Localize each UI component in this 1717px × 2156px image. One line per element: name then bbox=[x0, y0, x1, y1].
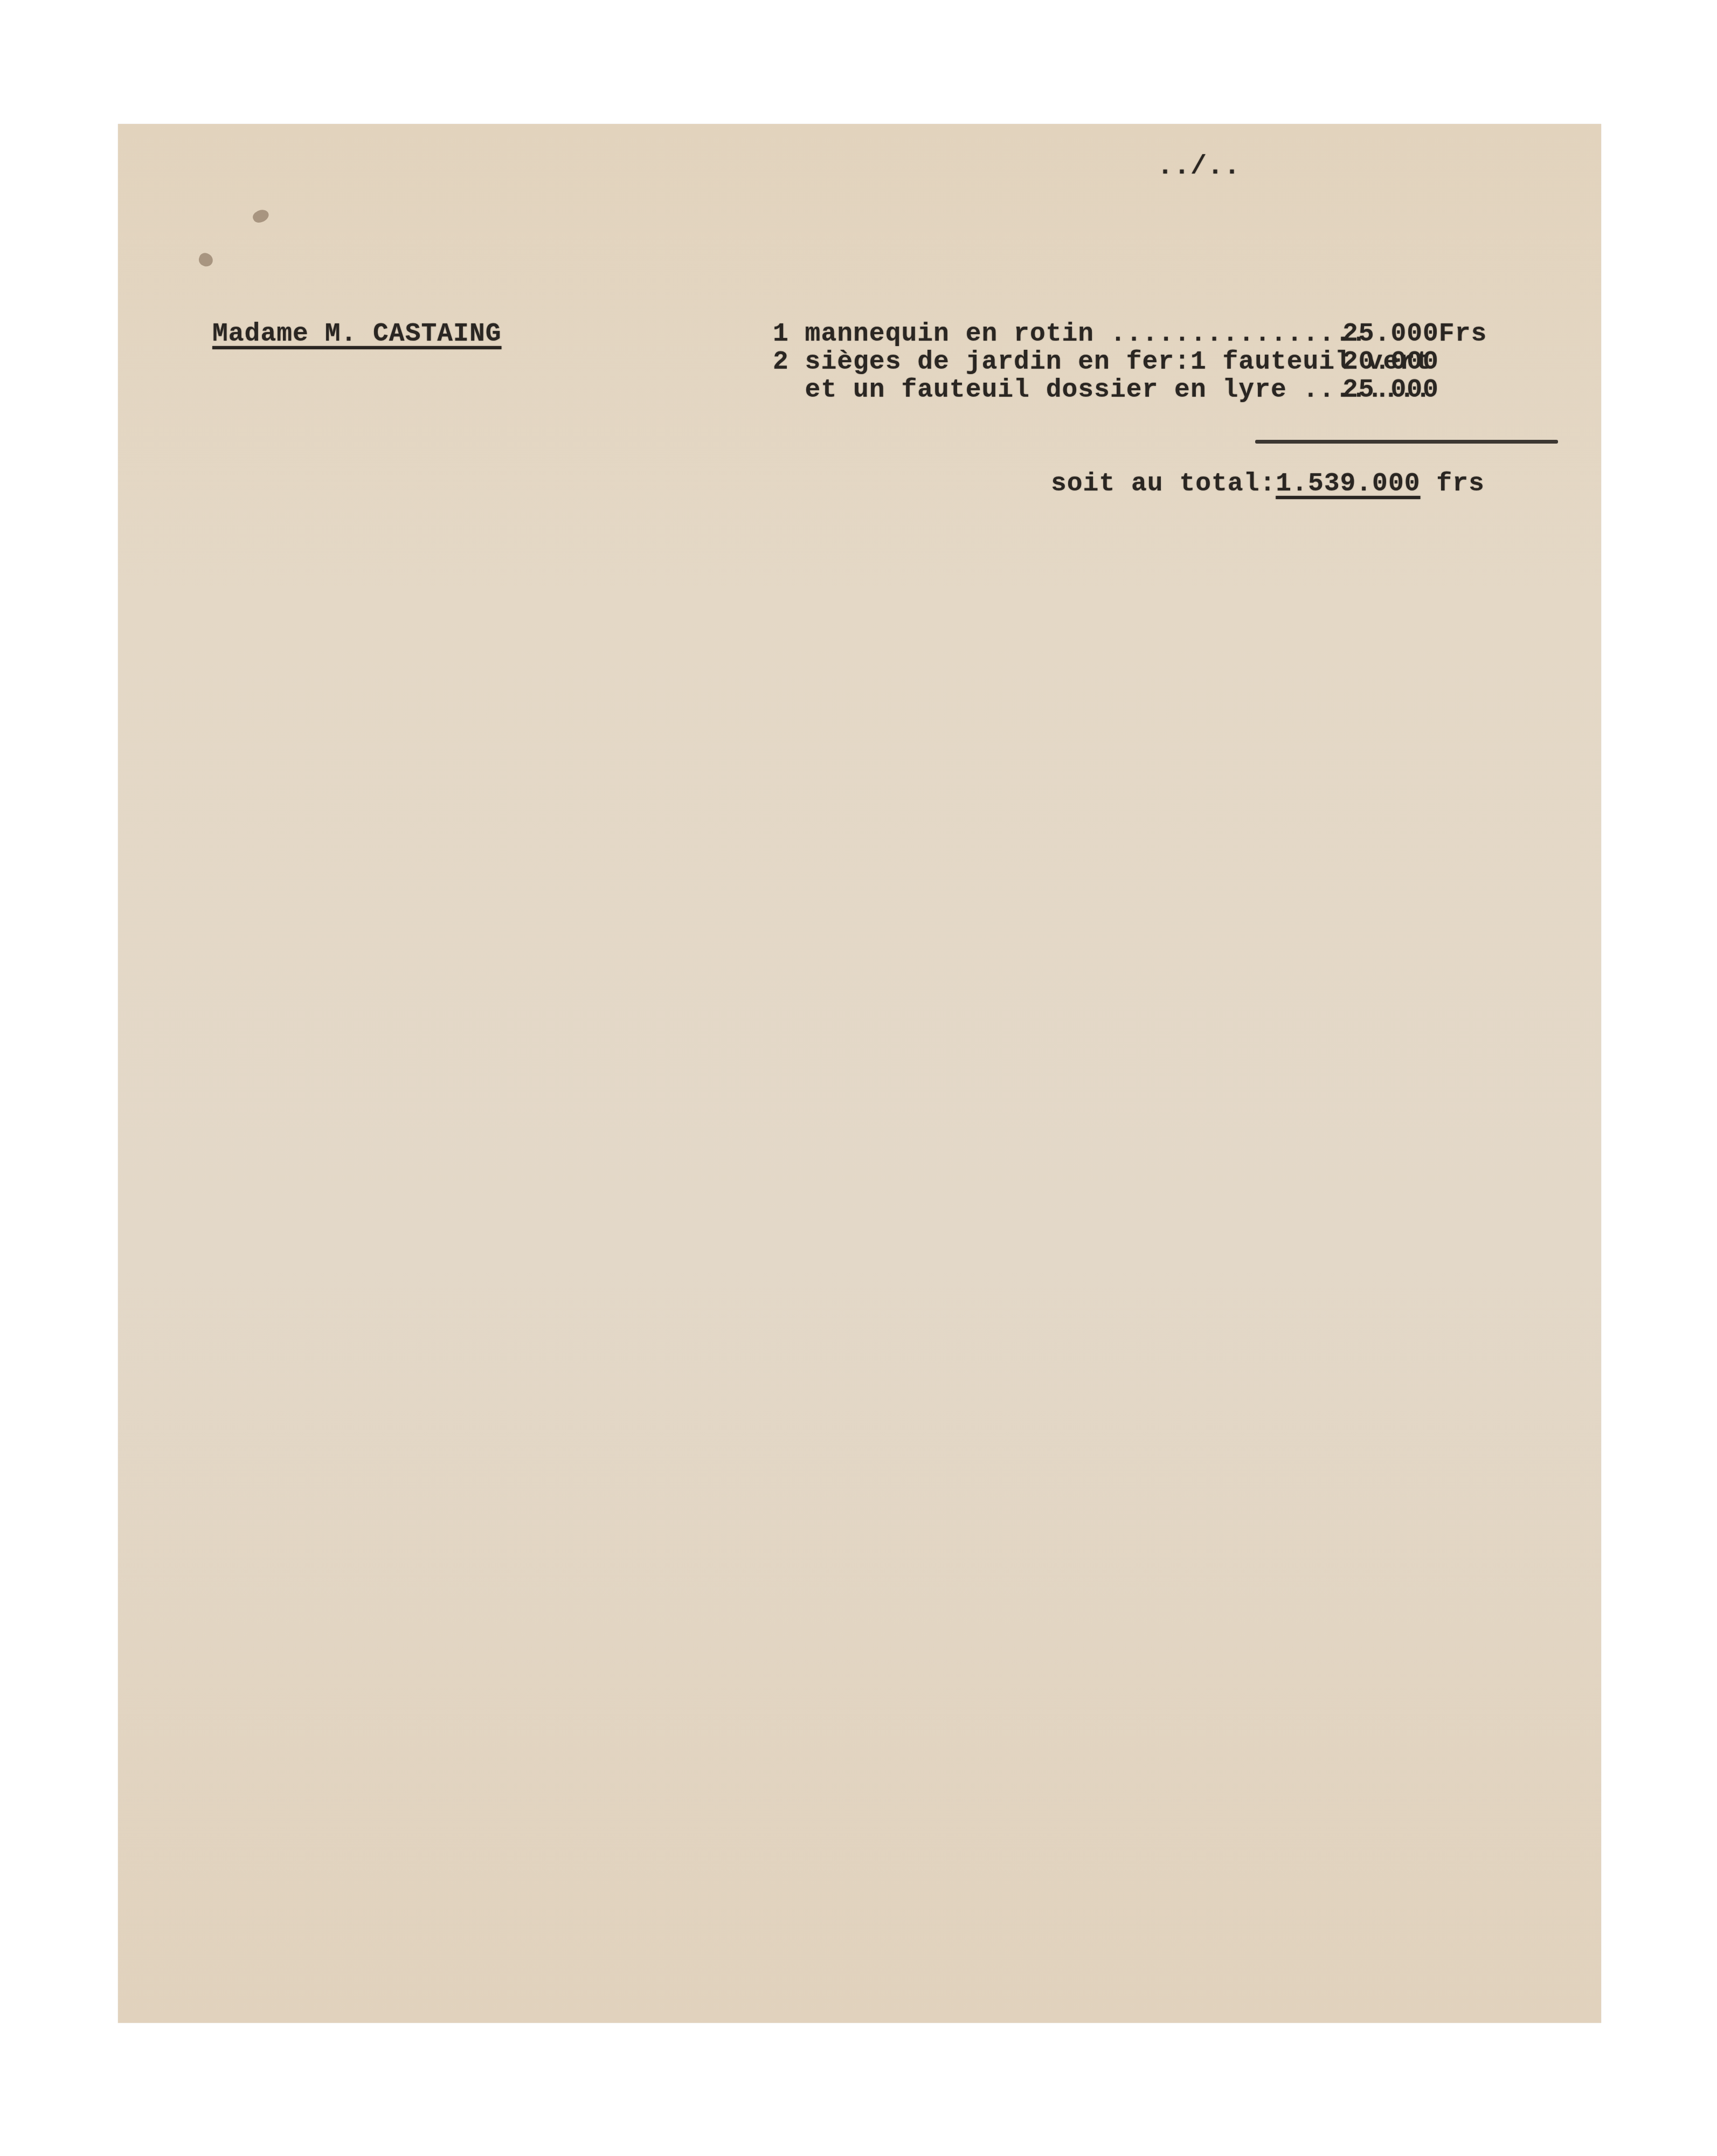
page-continuation-marker: ../.. bbox=[1157, 151, 1241, 183]
total-value: 1.539.000 bbox=[1276, 469, 1420, 499]
total-currency: frs bbox=[1421, 469, 1485, 499]
document-page: ../.. Madame M. CASTAING 1 mannequin en … bbox=[118, 124, 1601, 2023]
total-row: soit au total:1.539.000 frs bbox=[1051, 468, 1485, 500]
item-amount: 20.000 bbox=[1342, 346, 1439, 378]
punch-hole bbox=[197, 251, 215, 268]
item-description: 1 mannequin en rotin ................ bbox=[773, 318, 1367, 350]
item-description: et un fauteuil dossier en lyre ........ bbox=[773, 374, 1431, 406]
item-description: 2 sièges de jardin en fer:1 fauteuil ver… bbox=[773, 346, 1431, 378]
sum-divider-line bbox=[1255, 440, 1558, 444]
recipient-name: Madame M. CASTAING bbox=[212, 318, 501, 350]
item-amount: 25.000Frs bbox=[1342, 318, 1487, 350]
item-amount: 25.000 bbox=[1342, 374, 1439, 406]
total-label: soit au total: bbox=[1051, 469, 1276, 499]
punch-hole bbox=[251, 208, 271, 225]
